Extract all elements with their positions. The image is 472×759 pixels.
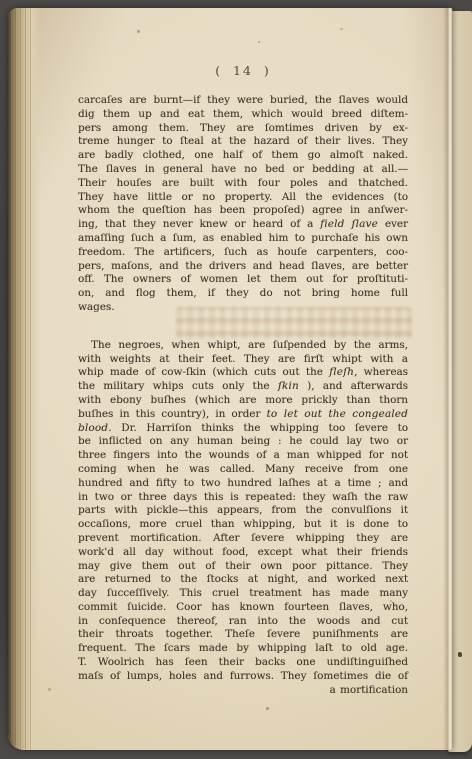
paper-speck [390, 600, 392, 602]
paragraph: The negroes, when whipt, are ſuſpended b… [78, 339, 408, 684]
text-line: their throats together. Theſe ſevere pun… [78, 628, 408, 642]
text-line: are badly clothed, one half of them go a… [78, 149, 408, 163]
binding-page-edges [8, 8, 40, 750]
text-line: amaſſing ſuch a ſum, as enabled him to p… [78, 232, 408, 246]
text-line: frequent. The ſcars made by whipping laſ… [78, 642, 408, 656]
page-text: carcaſes are burnt—if they were buried, … [78, 94, 408, 697]
text-line: in two or three days this is repeated: t… [78, 491, 408, 505]
paper-speck [48, 688, 51, 691]
text-line: commit ſuicide. Coor has known fourteen … [78, 601, 408, 615]
text-line: The negroes, when whipt, are ſuſpended b… [78, 339, 408, 353]
text-line: on, and flog them, if they do not bring … [78, 287, 408, 301]
text-line: maſs of lumps, holes and furrows. They ſ… [78, 670, 408, 684]
book-scan: ( 14 ) carcaſes are burnt—if they were b… [0, 0, 472, 759]
text-line: may give them out of their own poor pitt… [78, 560, 408, 574]
text-line: whom the queſtion has been propoſed) agr… [78, 204, 408, 218]
text-line: dig them up and eat them, which would br… [78, 108, 408, 122]
text-line: occaſions, more cruel than whipping, but… [78, 518, 408, 532]
text-line: off. The owners of women let them out fo… [78, 273, 408, 287]
text-line: day ſucceſſively. This cruel treatment h… [78, 587, 408, 601]
paper-speck [340, 28, 343, 30]
book-page: ( 14 ) carcaſes are burnt—if they were b… [8, 8, 452, 750]
text-line: wages. [78, 301, 408, 315]
text-line: whip made of cow-ſkin (which cuts out th… [78, 366, 408, 380]
text-line: Their houſes are built with four poles a… [78, 177, 408, 191]
text-line: with ebony buſhes (which are more prickl… [78, 394, 408, 408]
text-line: blood. Dr. Harriſon thinks the whipping … [78, 422, 408, 436]
page-fold [443, 8, 453, 750]
text-line: the military whips cuts only the ſkin ),… [78, 380, 408, 394]
text-line: hundred and fifty to two hundred laſhes … [78, 477, 408, 491]
paper-speck [137, 30, 140, 33]
text-line: parts with pickle—this appears, from the… [78, 504, 408, 518]
text-line: with weights at their feet. They are fir… [78, 353, 408, 367]
paper-speck [258, 41, 260, 43]
text-line: pers, maſons, and the drivers and head ſ… [78, 260, 408, 274]
paper-speck [266, 707, 269, 710]
text-line: treme hunger to ſteal at the hazard of t… [78, 135, 408, 149]
text-line: They have little or no property. All the… [78, 191, 408, 205]
page-number: ( 14 ) [78, 63, 408, 78]
text-line: work'd all day without food, except what… [78, 546, 408, 560]
text-line: pers among them. They are ſomtimes drive… [78, 122, 408, 136]
text-line: carcaſes are burnt—if they were buried, … [78, 94, 408, 108]
text-line: prevent mortification. After ſevere whip… [78, 532, 408, 546]
text-line: buſhes in this country), in order to let… [78, 408, 408, 422]
text-line: T. Woolrich has ſeen their backs one und… [78, 656, 408, 670]
paragraph: carcaſes are burnt—if they were buried, … [78, 94, 408, 315]
text-line: The ſlaves in general have no bed or bed… [78, 163, 408, 177]
text-line: freedom. The artificers, ſuch as houſe c… [78, 246, 408, 260]
text-line: three fingers into the wounds of a man w… [78, 449, 408, 463]
text-line: coming when he was called. Many receive … [78, 463, 408, 477]
ink-spot [458, 652, 462, 657]
text-line: be inflicted on any human being : he cou… [78, 435, 408, 449]
text-line: are returned to the ſtocks at night, and… [78, 573, 408, 587]
text-line: ing, that they never knew or heard of a … [78, 218, 408, 232]
catchword: a mortification [78, 684, 408, 698]
text-line: in conſequence thereof, ran into the woo… [78, 615, 408, 629]
